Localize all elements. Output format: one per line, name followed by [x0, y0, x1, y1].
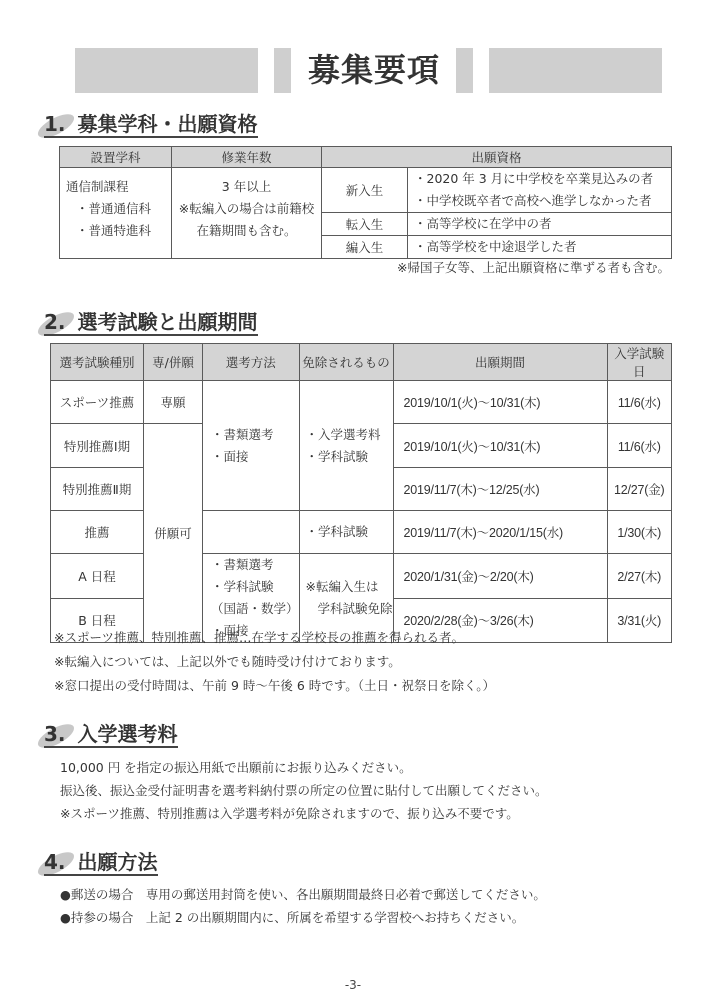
header-dept: 設置学科 — [60, 147, 172, 168]
fee-paragraph: 10,000 円 を指定の振込用紙で出願前にお振り込みください。 — [60, 757, 412, 779]
application-kind: 専願 — [144, 381, 203, 424]
qualification-conditions: ・高等学校に在学中の者 — [408, 213, 672, 236]
exam-note: ※窓口提出の受付時間は、午前 9 時～午後 6 時です。（土日・祝祭日を除く。） — [54, 676, 495, 694]
header-exemptions: 免除されるもの — [299, 344, 393, 381]
table-header-row: 設置学科 修業年数 出願資格 — [60, 147, 672, 168]
banner-decoration-right-bar — [456, 48, 473, 93]
exam-schedule-table: 選考試験種別 専/併願 選考方法 免除されるもの 出願期間 入学試験日 スポーツ… — [50, 343, 672, 643]
qualification-conditions: ・高等学校を中途退学した者 — [408, 236, 672, 259]
course-name: 通信制課程 — [66, 176, 171, 198]
section-title: 選考試験と出願期間 — [78, 310, 258, 334]
method-item: ・書類選考 — [211, 554, 299, 576]
exam-note: ※スポーツ推薦、特別推薦、推薦…在学する学校長の推薦を得られる者。 — [54, 628, 464, 646]
header-period: 出願期間 — [393, 344, 607, 381]
application-period: 2020/1/31(金)～2/20(木) — [393, 554, 607, 599]
dept-item: ・普通特進科 — [66, 220, 171, 242]
section-title: 募集学科・出願資格 — [78, 112, 258, 136]
banner-decoration-left — [75, 48, 258, 93]
exam-type: A 日程 — [51, 554, 144, 599]
fee-paragraph: 振込後、振込金受付証明書を選考料納付票の所定の位置に貼付して出願してください。 — [60, 780, 548, 802]
condition-text: ・2020 年 3 月に中学校を卒業見込みの者 — [414, 168, 671, 190]
method-cell: ・書類選考 ・面接 — [203, 381, 300, 511]
years-cell: 3 年以上 ※転編入の場合は前籍校 在籍期間も含む。 — [172, 168, 322, 259]
exam-date: 11/6(水) — [607, 381, 671, 424]
eligibility-note: ※帰国子女等、上記出願資格に準ずる者も含む。 — [397, 258, 670, 276]
section-title: 入学選考料 — [78, 722, 178, 746]
header-years: 修業年数 — [172, 147, 322, 168]
method-item: （国語・数学） — [211, 598, 299, 620]
application-kind: 併願可 — [144, 424, 203, 643]
header-qualification: 出願資格 — [322, 147, 672, 168]
application-period: 2019/10/1(火)～10/31(木) — [393, 381, 607, 424]
condition-text: ・高等学校を中途退学した者 — [414, 236, 671, 258]
qualification-type: 新入生 — [322, 168, 408, 213]
method-paragraph: ●郵送の場合 専用の郵送用封筒を使い、各出願期間最終日必着で郵送してください。 — [60, 884, 546, 906]
years-note: ※転編入の場合は前籍校 — [172, 198, 321, 220]
exam-type: 特別推薦Ⅱ期 — [51, 468, 144, 511]
page-number: -3- — [0, 978, 706, 992]
exam-type: 特別推薦Ⅰ期 — [51, 424, 144, 468]
exempt-item: ・入学選考料 — [306, 424, 393, 446]
banner-decoration-right — [489, 48, 662, 93]
section-number: 4. — [44, 850, 66, 874]
header-method: 選考方法 — [203, 344, 300, 381]
exempt-item: ・学科試験 — [306, 521, 393, 543]
table-row: スポーツ推薦 専願 ・書類選考 ・面接 ・入学選考料 ・学科試験 2019/10… — [51, 381, 672, 424]
fee-paragraph: ※スポーツ推薦、特別推薦は入学選考料が免除されますので、振り込み不要です。 — [60, 803, 519, 825]
method-item: ・書類選考 — [211, 424, 299, 446]
section-title: 出願方法 — [78, 850, 158, 874]
qualification-type: 転入生 — [322, 213, 408, 236]
exam-date: 12/27(金) — [607, 468, 671, 511]
header-application-kind: 専/併願 — [144, 344, 203, 381]
method-item: ・面接 — [211, 446, 299, 468]
qualification-type: 編入生 — [322, 236, 408, 259]
exam-date: 1/30(木) — [607, 511, 671, 554]
exempt-item: 学科試験免除 — [306, 598, 393, 620]
exam-date: 3/31(火) — [607, 598, 671, 643]
condition-text: ・高等学校に在学中の者 — [414, 213, 671, 235]
method-item: ・学科試験 — [211, 576, 299, 598]
table-header-row: 選考試験種別 専/併願 選考方法 免除されるもの 出願期間 入学試験日 — [51, 344, 672, 381]
years-value: 3 年以上 — [172, 176, 321, 198]
page-title: 募集要項 — [296, 46, 452, 94]
exempt-item: ・学科試験 — [306, 446, 393, 468]
exam-date: 2/27(木) — [607, 554, 671, 599]
qualification-conditions: ・2020 年 3 月に中学校を卒業見込みの者 ・中学校既卒者で高校へ進学しなか… — [408, 168, 672, 213]
header-exam-type: 選考試験種別 — [51, 344, 144, 381]
dept-item: ・普通通信科 — [66, 198, 171, 220]
section-number: 3. — [44, 722, 66, 746]
section-number: 1. — [44, 112, 66, 136]
application-period: 2019/10/1(火)～10/31(木) — [393, 424, 607, 468]
condition-text: ・中学校既卒者で高校へ進学しなかった者 — [414, 190, 671, 212]
application-period: 2019/11/7(木)～2020/1/15(水) — [393, 511, 607, 554]
application-period: 2019/11/7(木)～12/25(水) — [393, 468, 607, 511]
method-paragraph: ●持参の場合 上記 2 の出願期間内に、所属を希望する学習校へお持ちください。 — [60, 907, 524, 929]
method-cell-empty — [203, 511, 300, 554]
header-exam-date: 入学試験日 — [607, 344, 671, 381]
exempt-cell: ・学科試験 — [299, 511, 393, 554]
section-number: 2. — [44, 310, 66, 334]
eligibility-table: 設置学科 修業年数 出願資格 通信制課程 ・普通通信科 ・普通特進科 3 年以上… — [59, 146, 672, 259]
exam-type: 推薦 — [51, 511, 144, 554]
dept-cell: 通信制課程 ・普通通信科 ・普通特進科 — [60, 168, 172, 259]
exam-date: 11/6(水) — [607, 424, 671, 468]
exempt-item: ※転編入生は — [306, 576, 393, 598]
table-row: 通信制課程 ・普通通信科 ・普通特進科 3 年以上 ※転編入の場合は前籍校 在籍… — [60, 168, 672, 213]
exam-note: ※転編入については、上記以外でも随時受け付けております。 — [54, 652, 401, 670]
banner-decoration-left-bar — [274, 48, 291, 93]
years-note: 在籍期間も含む。 — [172, 220, 321, 242]
exam-type: スポーツ推薦 — [51, 381, 144, 424]
exempt-cell: ・入学選考料 ・学科試験 — [299, 381, 393, 511]
